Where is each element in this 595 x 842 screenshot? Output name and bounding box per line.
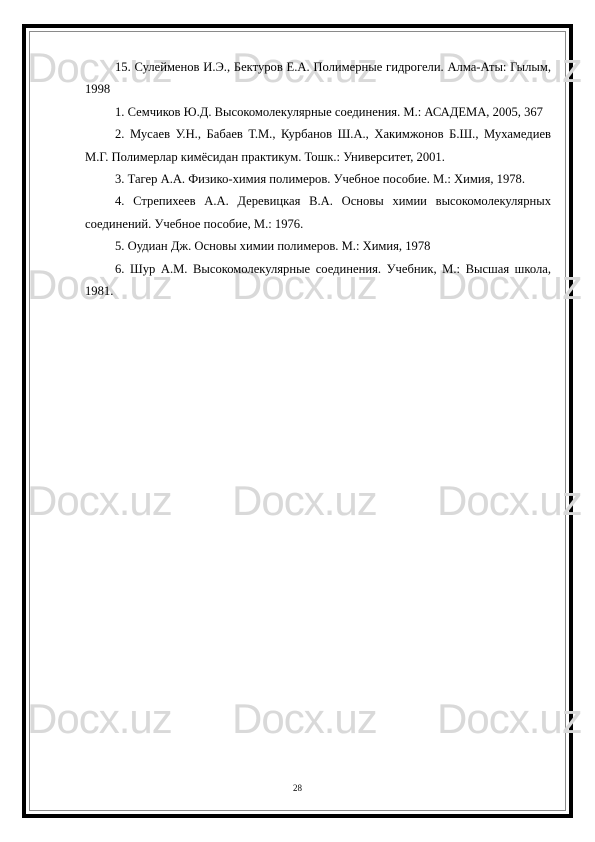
reference-item: 15. Сулейменов И.Э., Бектуров Е.А. Полим…	[85, 56, 551, 101]
reference-item: 3. Тагер А.А. Физико-химия полимеров. Уч…	[85, 168, 551, 190]
page-number: 28	[0, 783, 595, 793]
reference-list: 15. Сулейменов И.Э., Бектуров Е.А. Полим…	[85, 56, 551, 302]
reference-item: 4. Стрепихеев А.А. Деревицкая В.А. Основ…	[85, 190, 551, 235]
reference-item: 1. Семчиков Ю.Д. Высокомолекулярные соед…	[85, 101, 551, 123]
reference-item: 5. Оудиан Дж. Основы химии полимеров. М.…	[85, 235, 551, 257]
reference-item: 6. Шур А.М. Высокомолекулярные соединени…	[85, 258, 551, 303]
reference-item: 2. Мусаев У.Н., Бабаев Т.М., Курбанов Ш.…	[85, 123, 551, 168]
